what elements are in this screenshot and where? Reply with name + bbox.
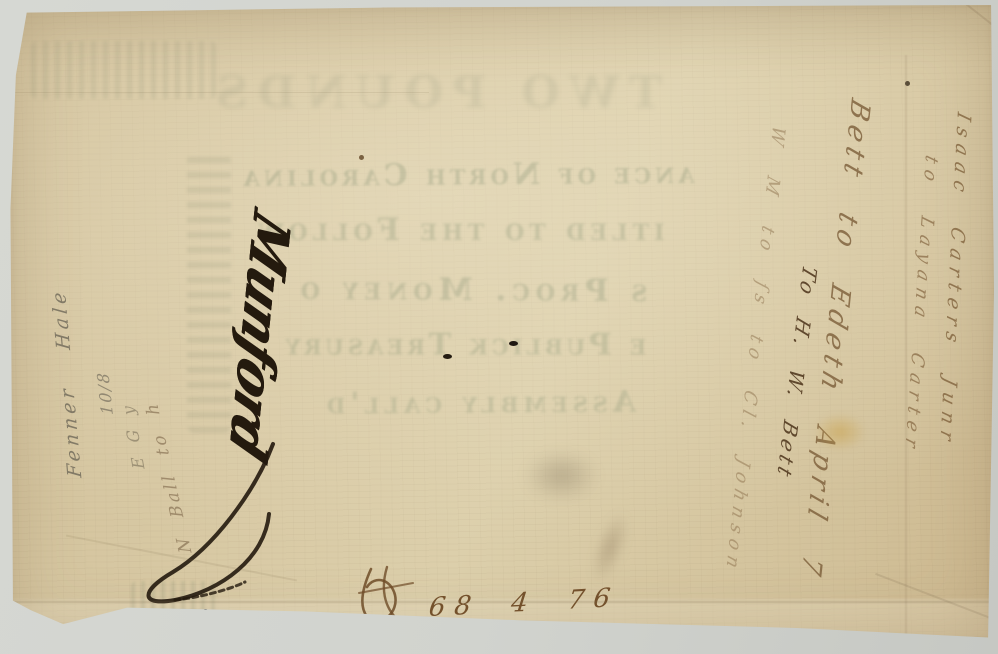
ink-speck-3 <box>443 354 452 359</box>
endorsement-fraction: 10/8 <box>93 371 117 415</box>
showthrough-ornament-top-left <box>31 41 216 99</box>
crease-vertical-right <box>905 55 907 640</box>
bottom-figures: 68 4 76 <box>427 583 621 623</box>
stain-amber <box>814 413 866 451</box>
note-paper: TWO POUNDS ance of North Carolina itled … <box>9 5 994 642</box>
endorsement-fenner-hale: Fenner Hale <box>48 288 87 479</box>
crease-diagonal-bottom-right <box>875 573 998 623</box>
fox-spot-1 <box>359 155 364 160</box>
showthrough-title: TWO POUNDS <box>206 68 662 119</box>
showthrough-line-5: Assembly call'd <box>322 385 636 422</box>
showthrough-line-1: ance of North Carolina <box>239 156 694 194</box>
ink-speck-2 <box>202 609 209 616</box>
showthrough-line-2: itled to the Follow <box>254 212 665 248</box>
stain-brown-streak <box>585 508 635 587</box>
crease-diagonal-top-right <box>953 0 998 54</box>
monogram-flourish <box>351 561 431 627</box>
crease-horizontal-top <box>9 92 429 93</box>
ink-speck-1 <box>509 341 518 346</box>
signature-flourish <box>117 440 317 615</box>
showthrough-line-3: s Proc. Money o <box>295 271 648 309</box>
crease-horizontal-bottom <box>9 601 994 603</box>
endorsement-wm-johnson: W M to ſs to Cl. Johnson <box>721 123 788 577</box>
stain-gray-smudge <box>524 450 599 502</box>
scanner-background: TWO POUNDS ance of North Carolina itled … <box>0 0 998 654</box>
showthrough-line-4: e Publick Treasury <box>282 328 646 363</box>
